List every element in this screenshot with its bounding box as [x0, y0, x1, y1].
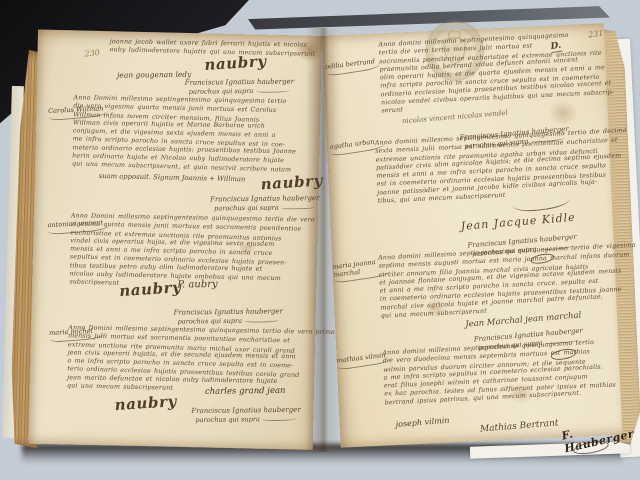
folio-number-left: 230: [84, 48, 100, 59]
witness-signature: joseph vilmin: [395, 416, 449, 429]
clergy-title: parochus qui supra: [210, 203, 319, 212]
clergy-title: parochus qui supra: [174, 316, 283, 325]
right-page: D. 231 odilia bertrand Anno domini mille…: [322, 23, 622, 447]
age-spot: [508, 382, 534, 404]
entry-body: Anno domini millesimo septingentesimo qu…: [382, 339, 608, 407]
age-spot: [238, 240, 256, 256]
priest-aubry-signature: naubry: [119, 278, 182, 300]
clergy-attestation: Franciscus Ignatius hauberger parochus q…: [210, 194, 320, 212]
witness-signature: charles grand jean: [205, 386, 286, 397]
clergy-title: parochus qui supra: [185, 86, 294, 95]
witness-signature: P. aubry: [177, 279, 217, 290]
clergy-attestation: Franciscus Ignatius hauberger parochus q…: [174, 307, 284, 325]
clergy-attestation: Franciscus Ignatius hauberger parochus q…: [191, 406, 301, 424]
age-spot: [295, 38, 325, 62]
priest-aubry-signature: naubry: [114, 392, 177, 414]
witness-signature: Mathias Bertrant: [480, 418, 559, 434]
witness-signature: jean gougenan ledy: [117, 70, 191, 80]
left-page: 230 joanna jacob wallet uxore fabri ferr…: [29, 30, 322, 450]
archival-photo: 230 joanna jacob wallet uxore fabri ferr…: [0, 0, 640, 480]
signum-line: suam apposuit. Signum Joannis + Willman: [99, 172, 246, 183]
witness-signatures: Jean Jacque Kidle: [460, 211, 576, 233]
entry-body: Anno Domini millesimo septingentesimo qu…: [72, 94, 320, 174]
priest-aubry-signature: naubry: [204, 52, 267, 74]
clergy-attestation: Franciscus Ignatius hauberger parochus q…: [185, 77, 295, 95]
age-spot: [548, 100, 578, 126]
entry-body: Anno domini millesimo septingentesimo qu…: [378, 245, 605, 321]
clergy-title: parochus qui supra: [191, 415, 300, 424]
book-gutter-shadow: [306, 28, 340, 452]
age-spot: [425, 298, 447, 318]
entry-body: Anno domini millesimo septingentesimo qu…: [375, 130, 600, 206]
